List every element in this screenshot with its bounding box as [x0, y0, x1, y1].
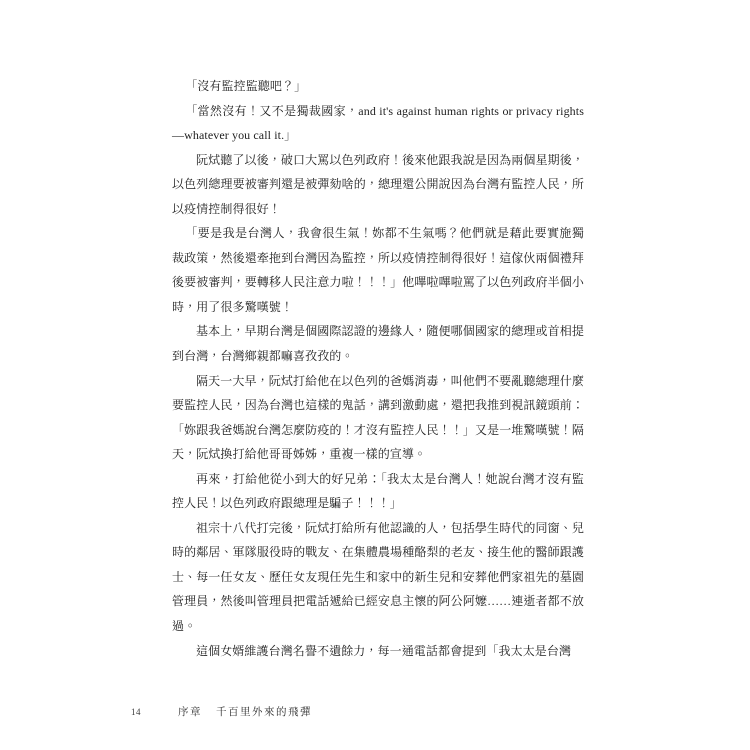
paragraph: 這個女婿維護台灣名譽不遺餘力，每一通電話都會提到「我太太是台灣 [172, 639, 584, 664]
body-text: 「沒有監控監聽吧？」 「當然沒有！又不是獨裁國家，and it's agains… [172, 74, 584, 663]
footer-section-label: 序章 [178, 704, 202, 719]
paragraph-dialogue: 「當然沒有！又不是獨裁國家，and it's against human rig… [172, 99, 584, 148]
page-footer: 14 序章 千百里外來的飛彈 [0, 704, 750, 724]
footer-chapter-title: 千百里外來的飛彈 [216, 704, 312, 719]
paragraph: 隔天一大早，阮烒打給他在以色列的爸媽消毒，叫他們不要亂聽總理什麼要監控人民，因為… [172, 369, 584, 467]
paragraph-dialogue: 「要是我是台灣人，我會很生氣！妳都不生氣嗎？他們就是藉此要實施獨裁政策，然後還牽… [172, 221, 584, 319]
paragraph-dialogue: 「沒有監控監聽吧？」 [172, 74, 584, 99]
paragraph: 阮烒聽了以後，破口大罵以色列政府！後來他跟我說是因為兩個星期後，以色列總理要被審… [172, 148, 584, 222]
book-page: 「沒有監控監聽吧？」 「當然沒有！又不是獨裁國家，and it's agains… [0, 0, 750, 750]
paragraph: 基本上，早期台灣是個國際認證的邊緣人，隨便哪個國家的總理或首相提到台灣，台灣鄉親… [172, 319, 584, 368]
paragraph: 再來，打給他從小到大的好兄弟：「我太太是台灣人！她說台灣才沒有監控人民！以色列政… [172, 467, 584, 516]
paragraph: 祖宗十八代打完後，阮烒打給所有他認識的人，包括學生時代的同窗、兒時的鄰居、軍隊服… [172, 516, 584, 639]
page-number: 14 [131, 707, 141, 717]
